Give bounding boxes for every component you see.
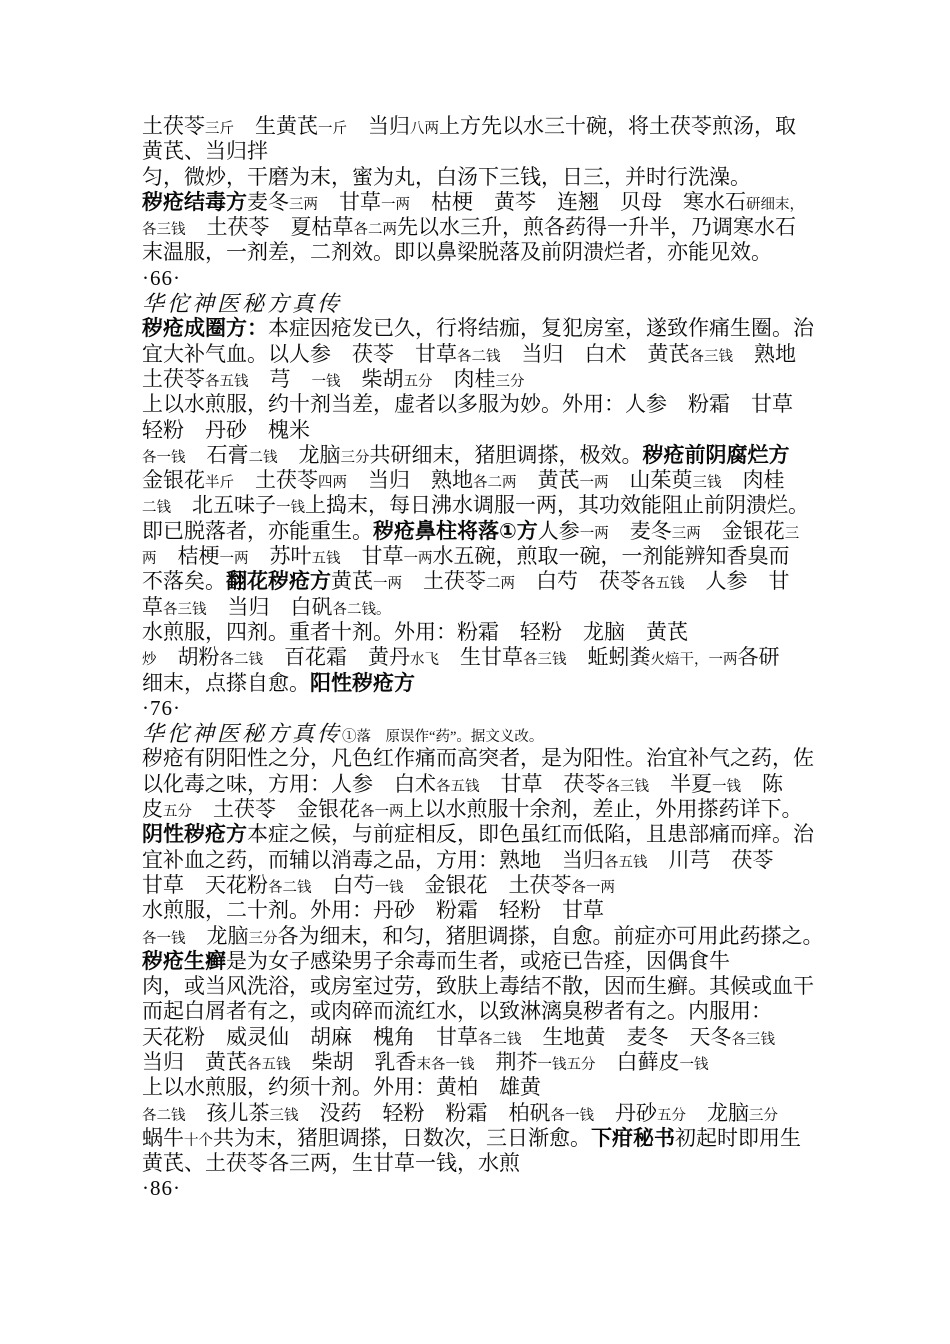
text-line: 上以水煎服，约须十剂。外用：黄柏 雄黄 [142,1075,842,1100]
body-text: 初起时即用生 [675,1126,801,1150]
text-line: 土茯苓各五钱 芎 一钱 柴胡五分 肉桂三分 [142,367,842,392]
dosage-annotation: 四两 [318,475,347,491]
dosage-annotation: 三分 [749,1108,778,1124]
text-line: 草各三钱 当归 白矾各二钱。 [142,595,842,620]
body-text: 当归 白术 黄芪 [501,342,690,366]
dosage-annotation: 二钱 [142,500,171,516]
body-text: 甘草 [318,190,381,214]
text-line: 宜补血之药，而辅以消毒之品，方用：熟地 当归各五钱 川芎 茯苓 [142,848,842,873]
body-text: 桔梗 [157,544,220,568]
text-line: 而起白屑者有之，或肉碎而流红水，以致淋漓臭秽者有之。内服用： [142,999,842,1024]
scanned-book-page: 土茯苓三斤 生黄芪一斤 当归八两上方先以水三十碗，将土茯苓煎汤，取黄芪、当归拌匀… [0,0,950,1344]
dosage-annotation: 各二钱 [268,880,312,896]
body-text: 先以水三升，煎各药得一升半，乃调寒水石 [397,215,796,239]
text-line: 天花粉 威灵仙 胡麻 槐角 甘草各二钱 生地黄 麦冬 天冬各三钱 [142,1025,842,1050]
dosage-annotation: 三斤 [205,121,234,137]
text-line: 黄芪、土茯苓各三两，生甘草一钱，水煎 [142,1151,842,1176]
body-text: 龙脑 [686,1101,749,1125]
body-text: 当归 黄芪 [142,1050,247,1074]
body-text: 细末，点搽自愈。 [142,671,310,695]
body-text: 土茯苓 [142,367,205,391]
prescription-heading: 秽疮结毒方 [142,191,247,214]
dosage-annotation: 各五钱 [205,374,249,390]
text-line: 阴性秽疮方本症之候，与前症相反，即色虽红而低陷，且患部痛而痒。治 [142,822,842,847]
body-text: 黄芪 [331,569,373,593]
dosage-annotation: 三钱 [693,475,722,491]
dosage-annotation: 末各一钱 [417,1057,475,1073]
dosage-annotation: 各二钱 [142,1108,186,1124]
body-text: 百花霜 黄丹 [263,645,410,669]
dosage-annotation: 一两 [381,197,410,213]
text-line: 各二钱 孩儿茶三钱 没药 轻粉 粉霜 柏矾各一钱 丹砂五分 龙脑三分 [142,1101,842,1126]
body-text: 龙脑 [186,924,249,948]
body-text: 金银花 土茯苓 [404,873,572,897]
body-text: 甘草 天花粉 [142,873,268,897]
text-line: 蜗牛十个共为末，猪胆调搽，日数次，三日渐愈。下疳秘书初起时即用生 [142,1126,842,1151]
text-line: 黄芪、当归拌 [142,139,842,164]
prescription-heading: 阴性秽疮方 [142,823,247,846]
body-text: 宜补血之药，而辅以消毒之品，方用：熟地 当归 [142,848,604,872]
dosage-annotation: 各三钱 [523,652,567,668]
body-text: 以化毒之味，方用：人参 白术 [142,772,436,796]
dosage-annotation: 一两 [404,551,433,567]
body-text: 各研 [738,645,780,669]
dosage-annotation: 各五钱 [436,779,480,795]
body-text: 共为末，猪胆调搽，日数次，三日渐愈。 [213,1126,591,1150]
book-title: 华佗神医秘方真传 [142,721,342,746]
text-line: 以化毒之味，方用：人参 白术各五钱 甘草 茯苓各三钱 半夏一钱 陈 [142,772,842,797]
text-line: 甘草 天花粉各二钱 白芍一钱 金银花 土茯苓各一两 [142,873,842,898]
text-line: 秽疮生癣是为女子感染男子余毒而生者，或疮已告痊，因偶食牛 [142,949,842,974]
body-text: 麦冬 [609,519,672,543]
body-text: 即已脱落者，亦能重生。 [142,519,373,543]
dosage-annotation: 各三钱 [142,222,186,238]
dosage-annotation: 一钱五分 [538,1057,596,1073]
text-line: 不落矣。翻花秽疮方黄芪一两 土茯苓二两 白芍 茯苓各五钱 人参 甘 [142,569,842,594]
text-line: 细末，点搽自愈。阳性秽疮方 [142,671,842,696]
body-text: 不落矣。 [142,569,226,593]
dosage-annotation: 三分 [249,931,278,947]
body-text: 上以水煎服十余剂，差止，外用搽药详下。 [404,797,803,821]
page-text: 土茯苓三斤 生黄芪一斤 当归八两上方先以水三十碗，将土茯苓煎汤，取黄芪、当归拌匀… [142,114,842,1202]
body-text: 本症之候，与前症相反，即色虽红而低陷，且患部痛而痒。治 [247,822,814,846]
body-text: ·66· [142,266,181,290]
prescription-heading: 秽疮前阴腐烂方 [643,444,790,467]
body-text: 草 [142,595,163,619]
dosage-annotation: 各三钱 [690,349,734,365]
dosage-annotation: 各五钱 [604,855,648,871]
dosage-annotation: 二钱 [249,450,278,466]
text-line: 两 桔梗一两 苏叶五钱 甘草一两水五碗，煎取一碗，一剂能辨知香臭而 [142,544,842,569]
dosage-annotation: 各二钱 [478,1032,522,1048]
dosage-annotation: 二两 [486,576,515,592]
body-text: 苏叶 [249,544,312,568]
body-text: 上以水煎服，约须十剂。外用：黄柏 雄黄 [142,1075,541,1099]
body-text: 甘草 茯苓 [480,772,606,796]
dosage-annotation: 各三钱 [606,779,650,795]
body-text: 轻粉 丹砂 槐米 [142,418,310,442]
text-line: 匀，微炒，干磨为末，蜜为丸，白汤下三钱，日三，并时行洗澡。 [142,165,842,190]
body-text: 土茯苓 [402,569,486,593]
dosage-annotation: 一两 [220,551,249,567]
text-line: 各三钱 土茯苓 夏枯草各二两先以水三升，煎各药得一升半，乃调寒水石 [142,215,842,240]
body-text: 陈 [741,772,783,796]
text-line: 秽疮结毒方麦冬三两 甘草一两 枯梗 黄芩 连翘 贝母 寒水石研细末， [142,190,842,215]
body-text: 黄芪 [517,468,580,492]
text-line: 末温服，一剂差，二剂效。即以鼻梁脱落及前阴溃烂者，亦能见效。 [142,240,842,265]
dosage-annotation: 各一两 [360,804,404,820]
dosage-annotation: 各二钱 [457,349,501,365]
text-line: 各一钱 龙脑三分各为细末，和匀，猪胆调搽，自愈。前症亦可用此药搽之。 [142,924,842,949]
body-text: 枯梗 黄芩 连翘 贝母 寒水石 [410,190,746,214]
prescription-heading: 下疳秘书 [591,1127,675,1150]
body-text: 水五碗，煎取一碗，一剂能辨知香臭而 [433,544,790,568]
body-text: 生黄芪 [234,114,318,138]
body-text: 当归 [347,114,410,138]
body-text: 水煎服，二十剂。外用：丹砂 粉霜 轻粉 甘草 [142,898,604,922]
body-text: 上以水煎服，约十剂当差，虚者以多服为妙。外用：人参 粉霜 甘草 [142,392,793,416]
body-text: 黄芪、当归拌 [142,139,268,163]
body-text: 山茱萸 [609,468,693,492]
book-title: 华佗神医秘方真传 [142,291,342,316]
dosage-annotation: 一两 [373,576,402,592]
text-line: 水煎服，二十剂。外用：丹砂 粉霜 轻粉 甘草 [142,898,842,923]
text-line: 秽疮成圈方：本症因疮发已久，行将结痂，复犯房室，遂致作痛生圈。治 [142,316,842,341]
body-text: 没药 轻粉 粉霜 柏矾 [299,1101,551,1125]
body-text: 荆芥 [475,1050,538,1074]
text-line: 皮五分 土茯苓 金银花各一两上以水煎服十余剂，差止，外用搽药详下。 [142,797,842,822]
body-text: 石膏 [186,443,249,467]
dosage-annotation: 两 [142,551,157,567]
page-number: ·86· [142,1176,842,1201]
body-text: 柴胡 [341,367,404,391]
page-number: ·76· [142,696,842,721]
body-text: 肉桂 [722,468,785,492]
body-text: 丹砂 [594,1101,657,1125]
dosage-annotation: 各三钱 [732,1032,776,1048]
body-text: 生地黄 麦冬 天冬 [522,1025,732,1049]
dosage-annotation: 三分 [341,450,370,466]
body-text: 各为细末，和匀，猪胆调搽，自愈。前症亦可用此药搽之。 [278,924,824,948]
dosage-annotation: 各二两 [473,475,517,491]
dosage-annotation: 各五钱 [641,576,685,592]
body-text: 肉桂 [433,367,496,391]
body-text: 生甘草 [439,645,523,669]
prescription-heading: 秽疮生癣 [142,950,226,973]
body-text: 麦冬 [247,190,289,214]
body-text: 黄芪、土茯苓各三两，生甘草一钱，水煎 [142,1151,520,1175]
body-text: 龙脑 [278,443,341,467]
body-text: ·86· [142,1176,181,1200]
dosage-annotation: 一斤 [318,121,347,137]
text-line: 肉，或当风洗浴，或房室过劳，致肤上毒结不散，因而生癣。其候或血干 [142,974,842,999]
dosage-annotation: 各二两 [354,222,398,238]
dosage-annotation: 一钱 [312,374,341,390]
body-text: 蚯蚓粪 [567,645,651,669]
dosage-annotation: 炒 [142,652,157,668]
dosage-annotation: 研细末， [746,197,804,213]
body-text: 川芎 茯苓 [648,848,774,872]
text-line: 即已脱落者，亦能重生。秽疮鼻柱将落①方人参一两 麦冬三两 金银花三 [142,519,842,544]
dosage-annotation: 一两 [580,475,609,491]
dosage-annotation: 八两 [410,121,439,137]
dosage-annotation: 火焙干，一两 [651,652,738,668]
body-text: 半夏 [649,772,712,796]
text-line: 土茯苓三斤 生黄芪一斤 当归八两上方先以水三十碗，将土茯苓煎汤，取 [142,114,842,139]
text-line: 秽疮有阴阳性之分，凡色红作痛而高突者，是为阳性。治宜补气之药，佐 [142,746,842,771]
body-text: 水煎服，四剂。重者十剂。外用：粉霜 轻粉 龙脑 黄芪 [142,620,688,644]
prescription-heading: 秽疮鼻柱将落①方 [373,520,538,543]
prescription-heading: 翻花秽疮方 [226,570,331,593]
body-text: 土茯苓 金银花 [192,797,360,821]
body-text: 熟地 [733,342,796,366]
body-text: 白芍 茯苓 [515,569,641,593]
running-title: 华佗神医秘方真传①落 原误作“药”。据文义改。 [142,721,842,746]
body-text: 上捣末，每日沸水调服一两，其功效能阻止前阴溃烂。 [305,493,809,517]
dosage-annotation: 五分 [404,374,433,390]
text-line: 各一钱 石膏二钱 龙脑三分共研细末，猪胆调搽，极效。秽疮前阴腐烂方 [142,443,842,468]
body-text: 人参 甘 [685,569,790,593]
body-text: 秽疮有阴阳性之分，凡色红作痛而高突者，是为阳性。治宜补气之药，佐 [142,746,814,770]
prescription-heading: 秽疮成圈方： [142,317,268,340]
running-title: 华佗神医秘方真传 [142,291,842,316]
dosage-annotation: 各三钱 [163,602,207,618]
body-text: 孩儿茶 [186,1101,270,1125]
dosage-annotation: 各一钱 [551,1108,595,1124]
body-text: 芎 [249,367,312,391]
dosage-annotation: 一钱 [375,880,404,896]
body-text: 是为女子感染男子余毒而生者，或疮已告痊，因偶食牛 [226,949,730,973]
body-text: 土茯苓 [234,468,318,492]
body-text: 共研细末，猪胆调搽，极效。 [370,443,643,467]
body-text: 而起白屑者有之，或肉碎而流红水，以致淋漓臭秽者有之。内服用： [142,999,772,1023]
body-text: 土茯苓 夏枯草 [186,215,354,239]
body-text: 金银花 [701,519,785,543]
dosage-annotation: 一钱 [276,500,305,516]
dosage-annotation: 三分 [496,374,525,390]
body-text: 本症因疮发已久，行将结痂，复犯房室，遂致作痛生圈。治 [268,316,814,340]
body-text: 金银花 [142,468,205,492]
body-text: 匀，微炒，干磨为末，蜜为丸，白汤下三钱，日三，并时行洗澡。 [142,165,751,189]
text-line: 上以水煎服，约十剂当差，虚者以多服为妙。外用：人参 粉霜 甘草 [142,392,842,417]
text-line: 轻粉 丹砂 槐米 [142,418,842,443]
body-text: 北五味子 [171,493,276,517]
body-text: 上方先以水三十碗，将土茯苓煎汤，取 [439,114,796,138]
dosage-annotation: 一两 [580,526,609,542]
text-line: 炒 胡粉各二钱 百花霜 黄丹水飞 生甘草各三钱 蚯蚓粪火焙干，一两各研 [142,645,842,670]
dosage-annotation: 三钱 [270,1108,299,1124]
dosage-annotation: 五钱 [312,551,341,567]
body-text: 末温服，一剂差，二剂效。即以鼻梁脱落及前阴溃烂者，亦能见效。 [142,240,772,264]
text-line: 水煎服，四剂。重者十剂。外用：粉霜 轻粉 龙脑 黄芪 [142,620,842,645]
body-text: 白芍 [312,873,375,897]
body-text: 土茯苓 [142,114,205,138]
dosage-annotation: 水飞 [410,652,439,668]
text-line: 当归 黄芪各五钱 柴胡 乳香末各一钱 荆芥一钱五分 白藓皮一钱 [142,1050,842,1075]
dosage-annotation: 半斤 [205,475,234,491]
prescription-heading: 阳性秽疮方 [310,672,415,695]
body-text: 当归 白矾 [207,595,333,619]
dosage-annotation: 各五钱 [247,1057,291,1073]
body-text: 柴胡 乳香 [291,1050,417,1074]
body-text: 肉，或当风洗浴，或房室过劳，致肤上毒结不散，因而生癣。其候或血干 [142,974,814,998]
body-text: 宜大补气血。以人参 茯苓 甘草 [142,342,457,366]
dosage-annotation: 三 [785,526,800,542]
text-line: 金银花半斤 土茯苓四两 当归 熟地各二两 黄芪一两 山茱萸三钱 肉桂 [142,468,842,493]
dosage-annotation: 各二钱 [220,652,264,668]
body-text: 天花粉 威灵仙 胡麻 槐角 甘草 [142,1025,478,1049]
dosage-annotation: 一钱 [712,779,741,795]
dosage-annotation: 三两 [289,197,318,213]
dosage-annotation: 一钱 [680,1057,709,1073]
body-text: 皮 [142,797,163,821]
dosage-annotation: 五分 [657,1108,686,1124]
page-number: ·66· [142,266,842,291]
dosage-annotation: 各一钱 [142,450,186,466]
text-line: 二钱 北五味子一钱上捣末，每日沸水调服一两，其功效能阻止前阴溃烂。 [142,493,842,518]
body-text: 人参 [538,519,580,543]
dosage-annotation: 各一两 [572,880,616,896]
body-text: 当归 熟地 [347,468,473,492]
dosage-annotation: 各一钱 [142,931,186,947]
body-text: 胡粉 [157,645,220,669]
dosage-annotation: 五分 [163,804,192,820]
dosage-annotation: 各二钱。 [333,602,391,618]
dosage-annotation: 三两 [672,526,701,542]
dosage-annotation: ①落 原误作“药”。据文义改。 [342,729,543,745]
body-text: 白藓皮 [596,1050,680,1074]
text-line: 宜大补气血。以人参 茯苓 甘草各二钱 当归 白术 黄芪各三钱 熟地 [142,342,842,367]
body-text: ·76· [142,696,181,720]
body-text: 蜗牛 [142,1126,184,1150]
dosage-annotation: 十个 [184,1133,213,1149]
body-text: 甘草 [341,544,404,568]
